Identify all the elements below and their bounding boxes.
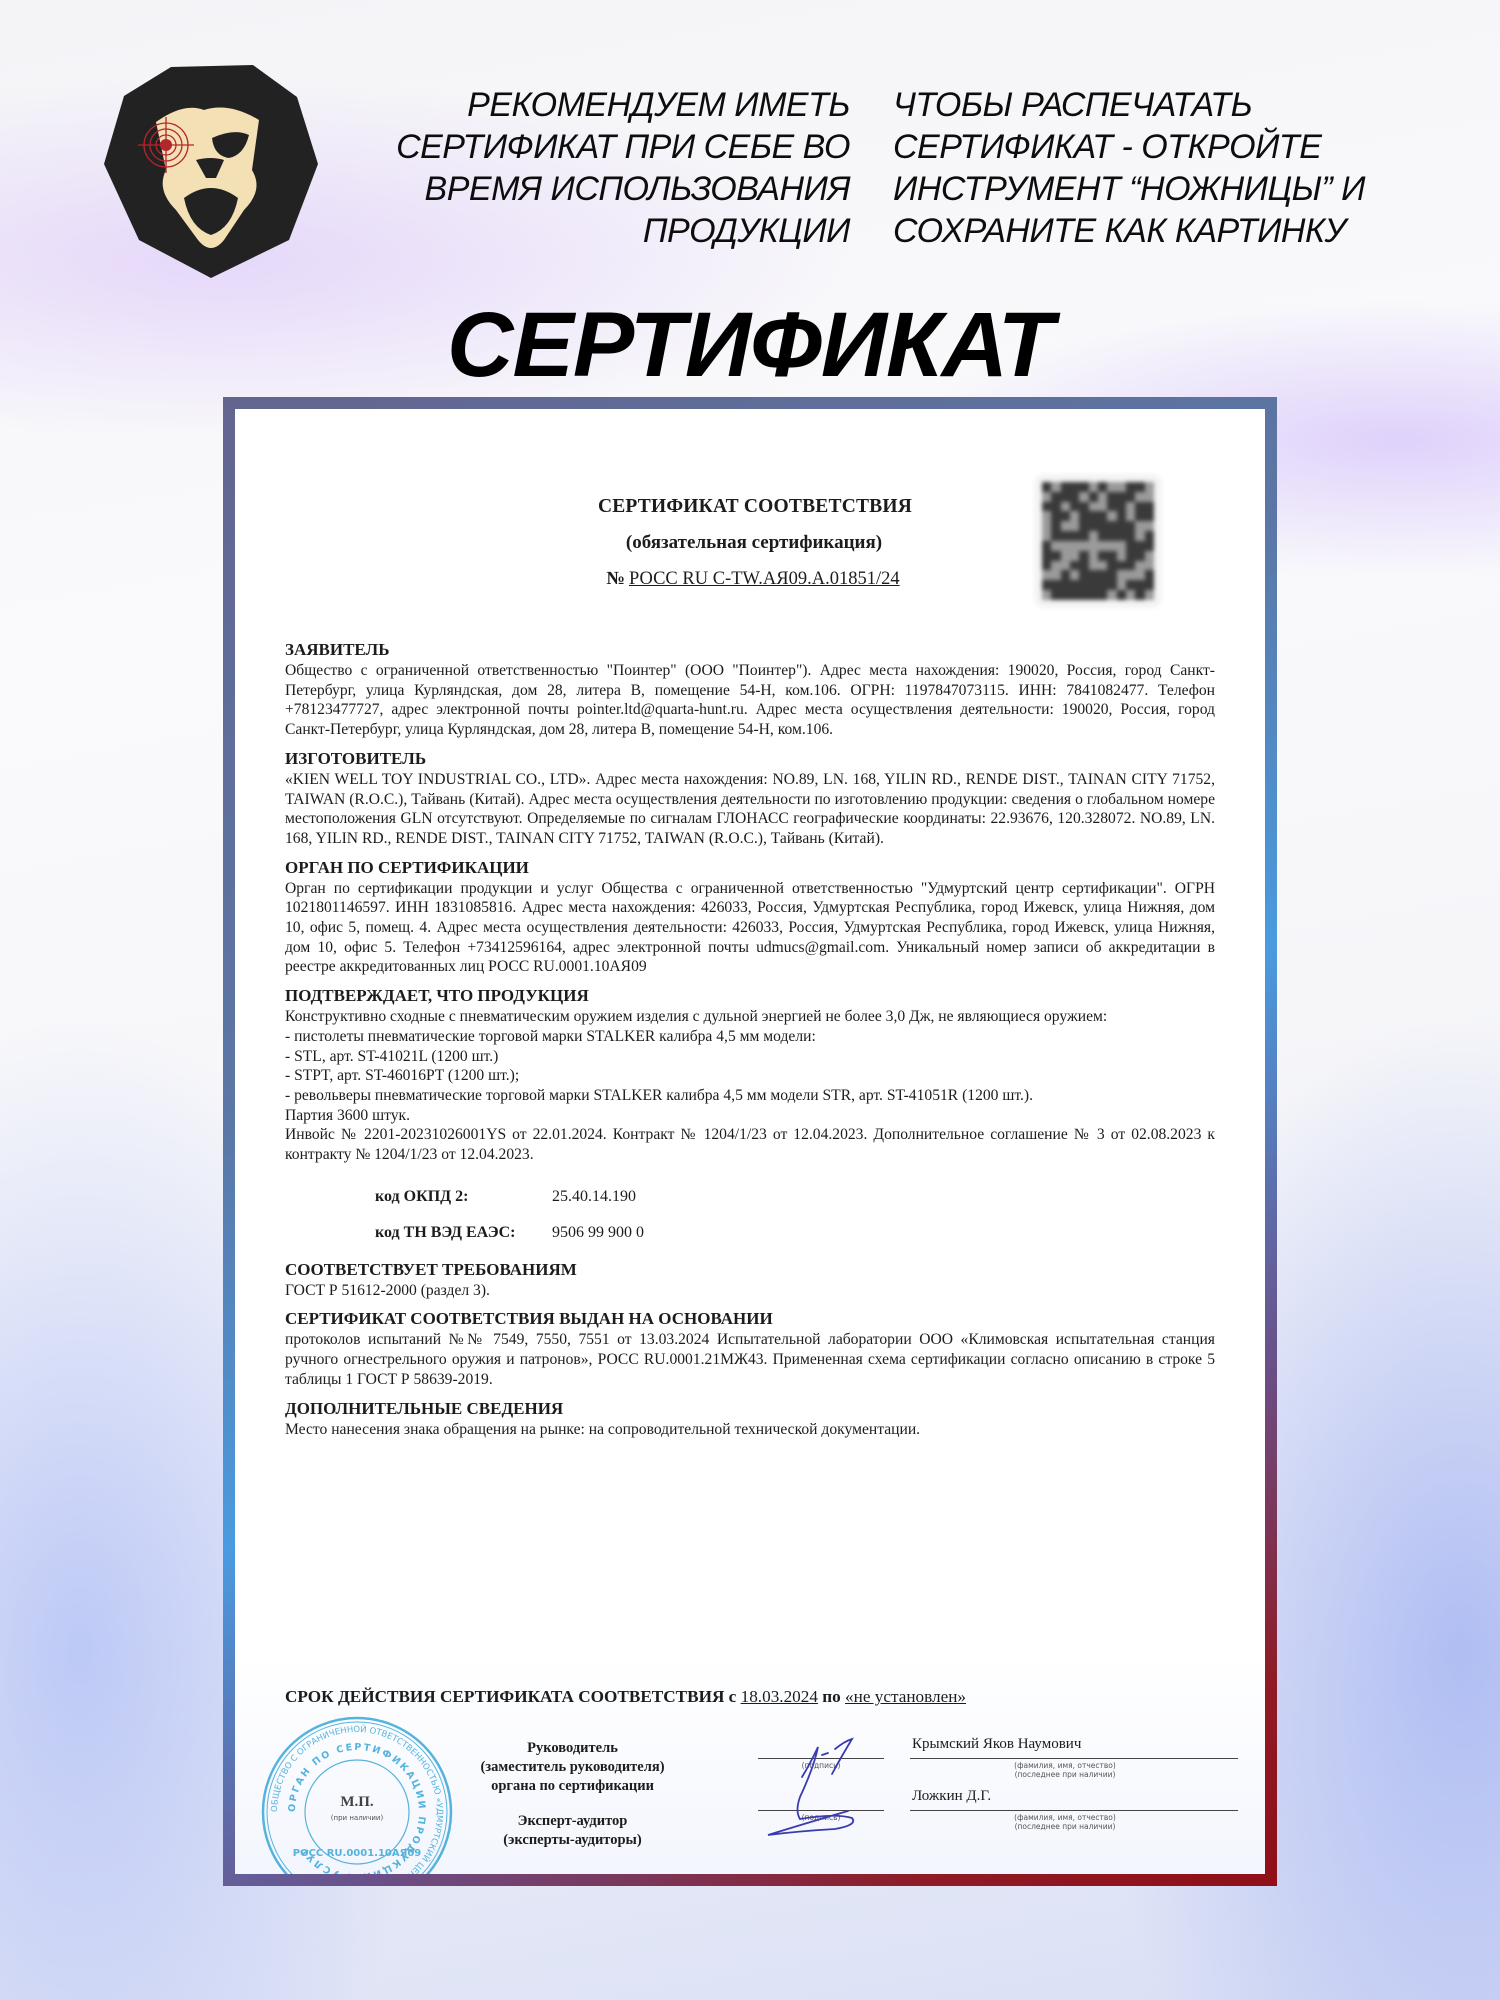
- section-text: Место нанесения знака обращения на рынке…: [285, 1420, 1215, 1440]
- section-requirements: СООТВЕТСТВУЕТ ТРЕБОВАНИЯМ ГОСТ Р 51612-2…: [285, 1259, 1215, 1301]
- notice-left-line: РЕКОМЕНДУЕМ ИМЕТЬ: [330, 84, 850, 126]
- section-title: ПОДТВЕРЖДАЕТ, ЧТО ПРОДУКЦИЯ: [285, 985, 1215, 1007]
- role-line: Руководитель: [460, 1739, 685, 1758]
- section-text: Орган по сертификации продукции и услуг …: [285, 879, 1215, 978]
- svg-text:М.П.: М.П.: [340, 1794, 374, 1810]
- validity-from-word: с: [729, 1687, 737, 1706]
- code-value: 9506 99 900 0: [552, 1215, 644, 1251]
- name-caption-line: (последнее при наличии): [995, 1822, 1135, 1831]
- section-text: протоколов испытаний №№ 7549, 7550, 7551…: [285, 1330, 1215, 1389]
- section-certification-body: ОРГАН ПО СЕРТИФИКАЦИИ Орган по сертифика…: [285, 857, 1215, 978]
- section-text: Общество с ограниченной ответственностью…: [285, 661, 1215, 740]
- section-applicant: ЗАЯВИТЕЛЬ Общество с ограниченной ответс…: [285, 639, 1215, 740]
- role-line: (эксперты-аудиторы): [460, 1831, 685, 1850]
- product-line: - STL, арт. ST-41021L (1200 шт.): [285, 1047, 1215, 1067]
- role-line: Эксперт-аудитор: [460, 1812, 685, 1831]
- name-line-expert: [910, 1810, 1238, 1811]
- section-title: ИЗГОТОВИТЕЛЬ: [285, 748, 1215, 770]
- notice-right-line: ИНСТРУМЕНТ “НОЖНИЦЫ” И: [893, 168, 1453, 210]
- notice-left-line: СЕРТИФИКАТ ПРИ СЕБЕ ВО: [330, 126, 850, 168]
- page-title: СЕРТИФИКАТ: [0, 290, 1500, 400]
- signature-roles: Руководитель (заместитель руководителя) …: [460, 1739, 685, 1850]
- section-title: ОРГАН ПО СЕРТИФИКАЦИИ: [285, 857, 1215, 879]
- head-name: Крымский Яков Наумович: [912, 1736, 1081, 1753]
- code-value: 25.40.14.190: [552, 1179, 636, 1215]
- notice-right-line: СОХРАНИТЕ КАК КАРТИНКУ: [893, 210, 1453, 252]
- validity-label: СРОК ДЕЙСТВИЯ СЕРТИФИКАТА СООТВЕТСТВИЯ: [285, 1687, 724, 1706]
- product-codes: код ОКПД 2: 25.40.14.190 код ТН ВЭД ЕАЭС…: [375, 1179, 1215, 1251]
- role-line: (заместитель руководителя): [460, 1758, 685, 1777]
- certificate-body: ЗАЯВИТЕЛЬ Общество с ограниченной ответс…: [285, 639, 1215, 1447]
- name-line-head: [910, 1758, 1238, 1759]
- svg-text:(при наличии): (при наличии): [331, 1814, 384, 1822]
- code-tn-ved: код ТН ВЭД ЕАЭС: 9506 99 900 0: [375, 1215, 1215, 1251]
- certificate-number: РОСС RU C-TW.АЯ09.А.01851/24: [629, 569, 900, 589]
- qr-code-icon: [1034, 474, 1162, 608]
- number-sign: №: [606, 569, 625, 589]
- validity-period: СРОК ДЕЙСТВИЯ СЕРТИФИКАТА СООТВЕТСТВИЯ с…: [285, 1687, 966, 1707]
- expert-name: Ложкин Д.Г.: [912, 1788, 991, 1805]
- handwritten-signature-icon: [740, 1719, 920, 1839]
- lion-shield-logo-icon: [104, 60, 318, 278]
- notice-right-line: СЕРТИФИКАТ - ОТКРОЙТЕ: [893, 126, 1453, 168]
- notice-left-line: ВРЕМЯ ИСПОЛЬЗОВАНИЯ: [330, 168, 850, 210]
- code-okpd2: код ОКПД 2: 25.40.14.190: [375, 1179, 1215, 1215]
- name-caption: (фамилия, имя, отчество) (последнее при …: [995, 1813, 1135, 1831]
- certificate-document: СЕРТИФИКАТ СООТВЕТСТВИЯ (обязательная се…: [235, 409, 1265, 1874]
- product-line: - STPT, арт. ST-46016PT (1200 шт.);: [285, 1066, 1215, 1086]
- section-basis: СЕРТИФИКАТ СООТВЕТСТВИЯ ВЫДАН НА ОСНОВАН…: [285, 1308, 1215, 1389]
- validity-to-word: по: [822, 1687, 841, 1706]
- code-label: код ТН ВЭД ЕАЭС:: [375, 1215, 552, 1251]
- product-line: Инвойс № 2201-20231026001YS от 22.01.202…: [285, 1125, 1215, 1164]
- section-product: ПОДТВЕРЖДАЕТ, ЧТО ПРОДУКЦИЯ Конструктивн…: [285, 985, 1215, 1251]
- section-title: ДОПОЛНИТЕЛЬНЫЕ СВЕДЕНИЯ: [285, 1398, 1215, 1420]
- notice-keep-certificate: РЕКОМЕНДУЕМ ИМЕТЬ СЕРТИФИКАТ ПРИ СЕБЕ ВО…: [330, 84, 850, 252]
- product-line: Конструктивно сходные с пневматическим о…: [285, 1007, 1215, 1027]
- notice-right-line: ЧТОБЫ РАСПЕЧАТАТЬ: [893, 84, 1453, 126]
- notice-print-instructions: ЧТОБЫ РАСПЕЧАТАТЬ СЕРТИФИКАТ - ОТКРОЙТЕ …: [893, 84, 1453, 252]
- product-line: Партия 3600 штук.: [285, 1106, 1215, 1126]
- role-line: органа по сертификации: [460, 1777, 685, 1796]
- section-title: ЗАЯВИТЕЛЬ: [285, 639, 1215, 661]
- code-label: код ОКПД 2:: [375, 1179, 552, 1215]
- svg-text:РОСС RU.0001.10АЯ09: РОСС RU.0001.10АЯ09: [293, 1848, 422, 1859]
- notice-left-line: ПРОДУКЦИИ: [330, 210, 850, 252]
- section-title: СООТВЕТСТВУЕТ ТРЕБОВАНИЯМ: [285, 1259, 1215, 1281]
- section-manufacturer: ИЗГОТОВИТЕЛЬ «KIEN WELL TOY INDUSTRIAL C…: [285, 748, 1215, 849]
- certificate-frame: СЕРТИФИКАТ СООТВЕТСТВИЯ (обязательная се…: [223, 397, 1277, 1886]
- name-caption-line: (фамилия, имя, отчество): [995, 1813, 1135, 1822]
- product-line: - пистолеты пневматические торговой марк…: [285, 1027, 1215, 1047]
- section-text: «KIEN WELL TOY INDUSTRIAL CO., LTD». Адр…: [285, 770, 1215, 849]
- name-caption-line: (фамилия, имя, отчество): [995, 1761, 1135, 1770]
- round-seal-stamp-icon: ОБЩЕСТВО С ОГРАНИЧЕННОЙ ОТВЕТСТВЕННОСТЬЮ…: [259, 1714, 455, 1874]
- validity-to-date: «не установлен»: [845, 1687, 966, 1706]
- validity-from-date: 18.03.2024: [741, 1687, 818, 1706]
- section-text: ГОСТ Р 51612-2000 (раздел 3).: [285, 1281, 1215, 1301]
- section-title: СЕРТИФИКАТ СООТВЕТСТВИЯ ВЫДАН НА ОСНОВАН…: [285, 1308, 1215, 1330]
- name-caption-line: (последнее при наличии): [995, 1770, 1135, 1779]
- product-line: - револьверы пневматические торговой мар…: [285, 1086, 1215, 1106]
- section-additional: ДОПОЛНИТЕЛЬНЫЕ СВЕДЕНИЯ Место нанесения …: [285, 1398, 1215, 1440]
- name-caption: (фамилия, имя, отчество) (последнее при …: [995, 1761, 1135, 1779]
